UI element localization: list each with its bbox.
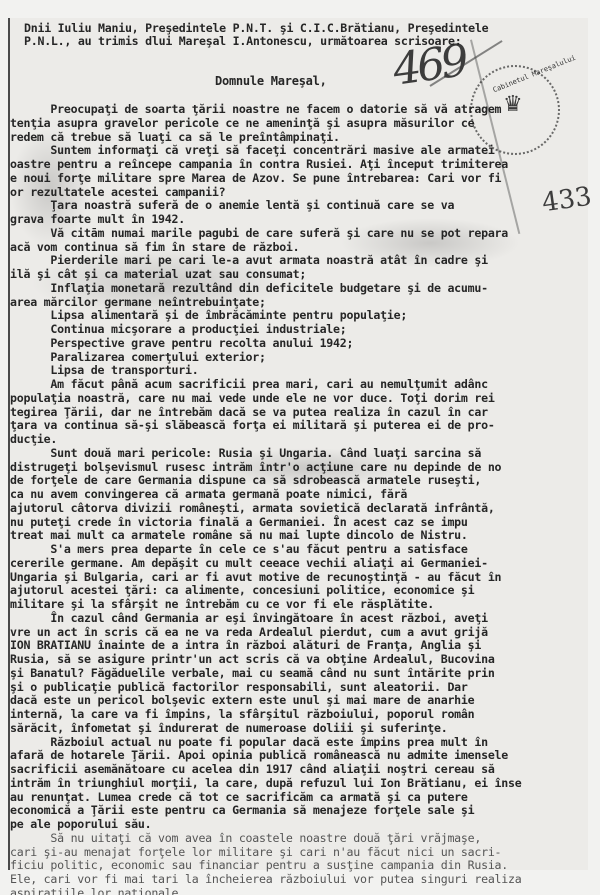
body-line: sacrificii asemănătoare cu acelea din 19… [10,763,495,776]
body-line: Inflaţia monetară rezultând din deficite… [10,282,488,295]
body-line: Ele, cari vor fi mai tari la încheierea … [10,873,521,886]
body-line: e noui forţe militare spre Marea de Azov… [10,172,501,185]
body-line: În cazul când Germania ar eşi învingătoa… [10,612,488,625]
body-line: ajutorul câtorva divizii româneşti, arma… [10,502,495,515]
body-line: populaţia noastră, care nu mai vede unde… [10,392,495,405]
body-line: Sunt două mari pericole: Rusia şi Ungari… [10,447,481,460]
body-line: intrăm în triunghiul morţii, la care, du… [10,777,521,790]
body-line: ţara va continua să-şi slăbească forţa e… [10,419,495,432]
body-line: oastre pentru a reîncepe campania în con… [10,158,508,171]
body-line: Ţara noastră suferă de o anemie lentă şi… [10,199,454,212]
body-line: pe ale poporului său. [10,818,151,831]
body-line: ION BRATIANU înainte de a intra în războ… [10,639,481,652]
body-line: cererile germane. Am depăşit cu mult cee… [10,557,488,570]
header-line: P.N.L., au trimis dlui Mareşal I.Antones… [24,35,461,48]
body-line: tenţia asupra gravelor pericole ce ne am… [10,117,474,130]
crown-crest-icon: ♛ [503,92,523,117]
body-line: şi Banatul? Făgăduelile verbale, mai cu … [10,667,495,680]
body-line: afară de hotarele Ţării. Apoi opinia pub… [10,749,508,762]
body-line: Am făcut până acum sacrificii prea mari,… [10,378,488,391]
body-line: treat mai mult ca armatele române să nu … [10,529,468,542]
body-line: Perspective grave pentru recolta anului … [10,337,353,350]
body-line: aspiraţiile lor naţionale. [10,887,185,895]
body-line: de forţele de care Germania dispune ca s… [10,474,481,487]
body-line: Să nu uitaţi că vom avea în coastele noa… [10,832,481,845]
body-line: sărăcit, înfometat şi îndurerat de numer… [10,722,447,735]
body-line: S'a mers prea departe în cele ce s'au fă… [10,543,468,556]
salutation: Domnule Mareşal, [215,75,327,88]
body-line: Continua micşorare a producţiei industri… [10,323,347,336]
body-line: Vă citām numai marile pagubi de care suf… [10,227,508,240]
body-line: ca nu avem convingerea că armata germană… [10,488,407,501]
body-line: ficiu politic, economic sau financiar pe… [10,859,508,872]
body-line: ajutorul acestei ţări: ca alimente, conc… [10,584,474,597]
body-line: ilă şi cât şi ca material uzat sau consu… [10,268,306,281]
body-line: Lipsa alimentară şi de îmbrăcăminte pent… [10,309,407,322]
body-line: internă, la care va fi împins, la sfârşi… [10,708,474,721]
body-line: Preocupaţi de soarta ţării noastre ne fa… [10,103,501,116]
body-line: ducţie. [10,433,57,446]
body-line: Rusia, să se asigure printr'un act scris… [10,653,495,666]
body-line: economică a Ţării este pentru ca Germani… [10,804,474,817]
body-line: Lipsa de transporturi. [10,364,198,377]
body-line: dacă este un pericol bolşevic extern est… [10,694,474,707]
body-line: grava foarte mult în 1942. [10,213,185,226]
body-line: militare şi la sfârşit ne întrebăm cu ce… [10,598,434,611]
body-line: Suntem informaţi că vreţi să faceţi conc… [10,144,495,157]
body-line: Pierderile mari pe cari le-a avut armata… [10,254,488,267]
